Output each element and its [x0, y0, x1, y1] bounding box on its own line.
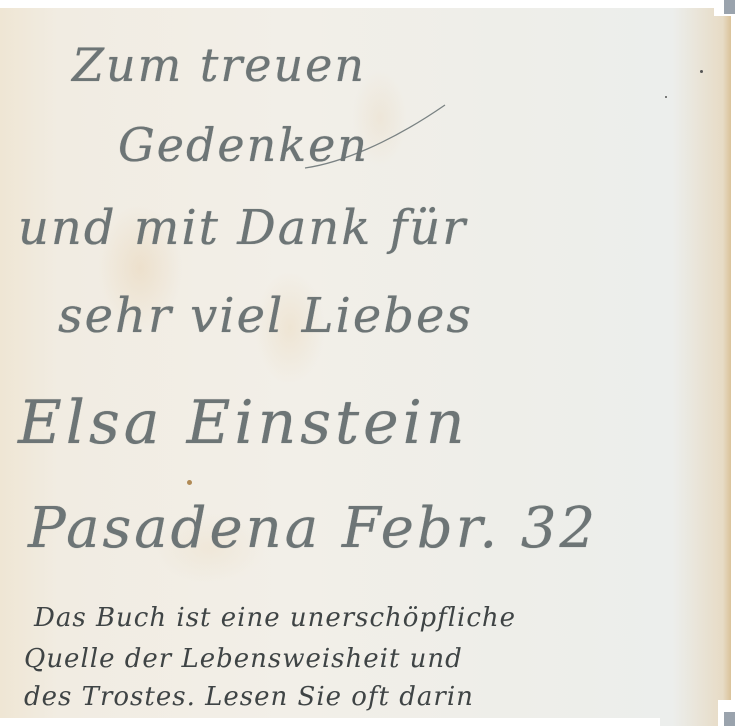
- scan-margin-top: [0, 0, 735, 8]
- scan-margin-bottom: [0, 718, 660, 726]
- inscription-line-1: Zum treuen: [72, 38, 366, 92]
- ink-note-line-1: Das Buch ist eine unerschöpfliche: [34, 603, 516, 633]
- ink-note-line-3: des Trostes. Lesen Sie oft darin: [24, 682, 474, 712]
- ink-speck: [187, 480, 192, 485]
- paper-page: Zum treuen Gedenken und mit Dank für seh…: [0, 8, 731, 726]
- ink-speck: [665, 96, 667, 98]
- place-date-line: Pasadena Febr. 32: [28, 496, 598, 561]
- ink-speck: [700, 70, 703, 73]
- signature-elsa-einstein: Elsa Einstein: [18, 388, 469, 458]
- corner-marker-top-right: [724, 0, 735, 14]
- inscription-line-2: Gedenken: [118, 118, 369, 172]
- inscription-line-4: sehr viel Liebes: [58, 288, 473, 344]
- ink-note-line-2: Quelle der Lebensweisheit und: [24, 644, 463, 674]
- inscription-line-3: und mit Dank für: [18, 200, 467, 256]
- corner-marker-bottom-right: [724, 712, 735, 726]
